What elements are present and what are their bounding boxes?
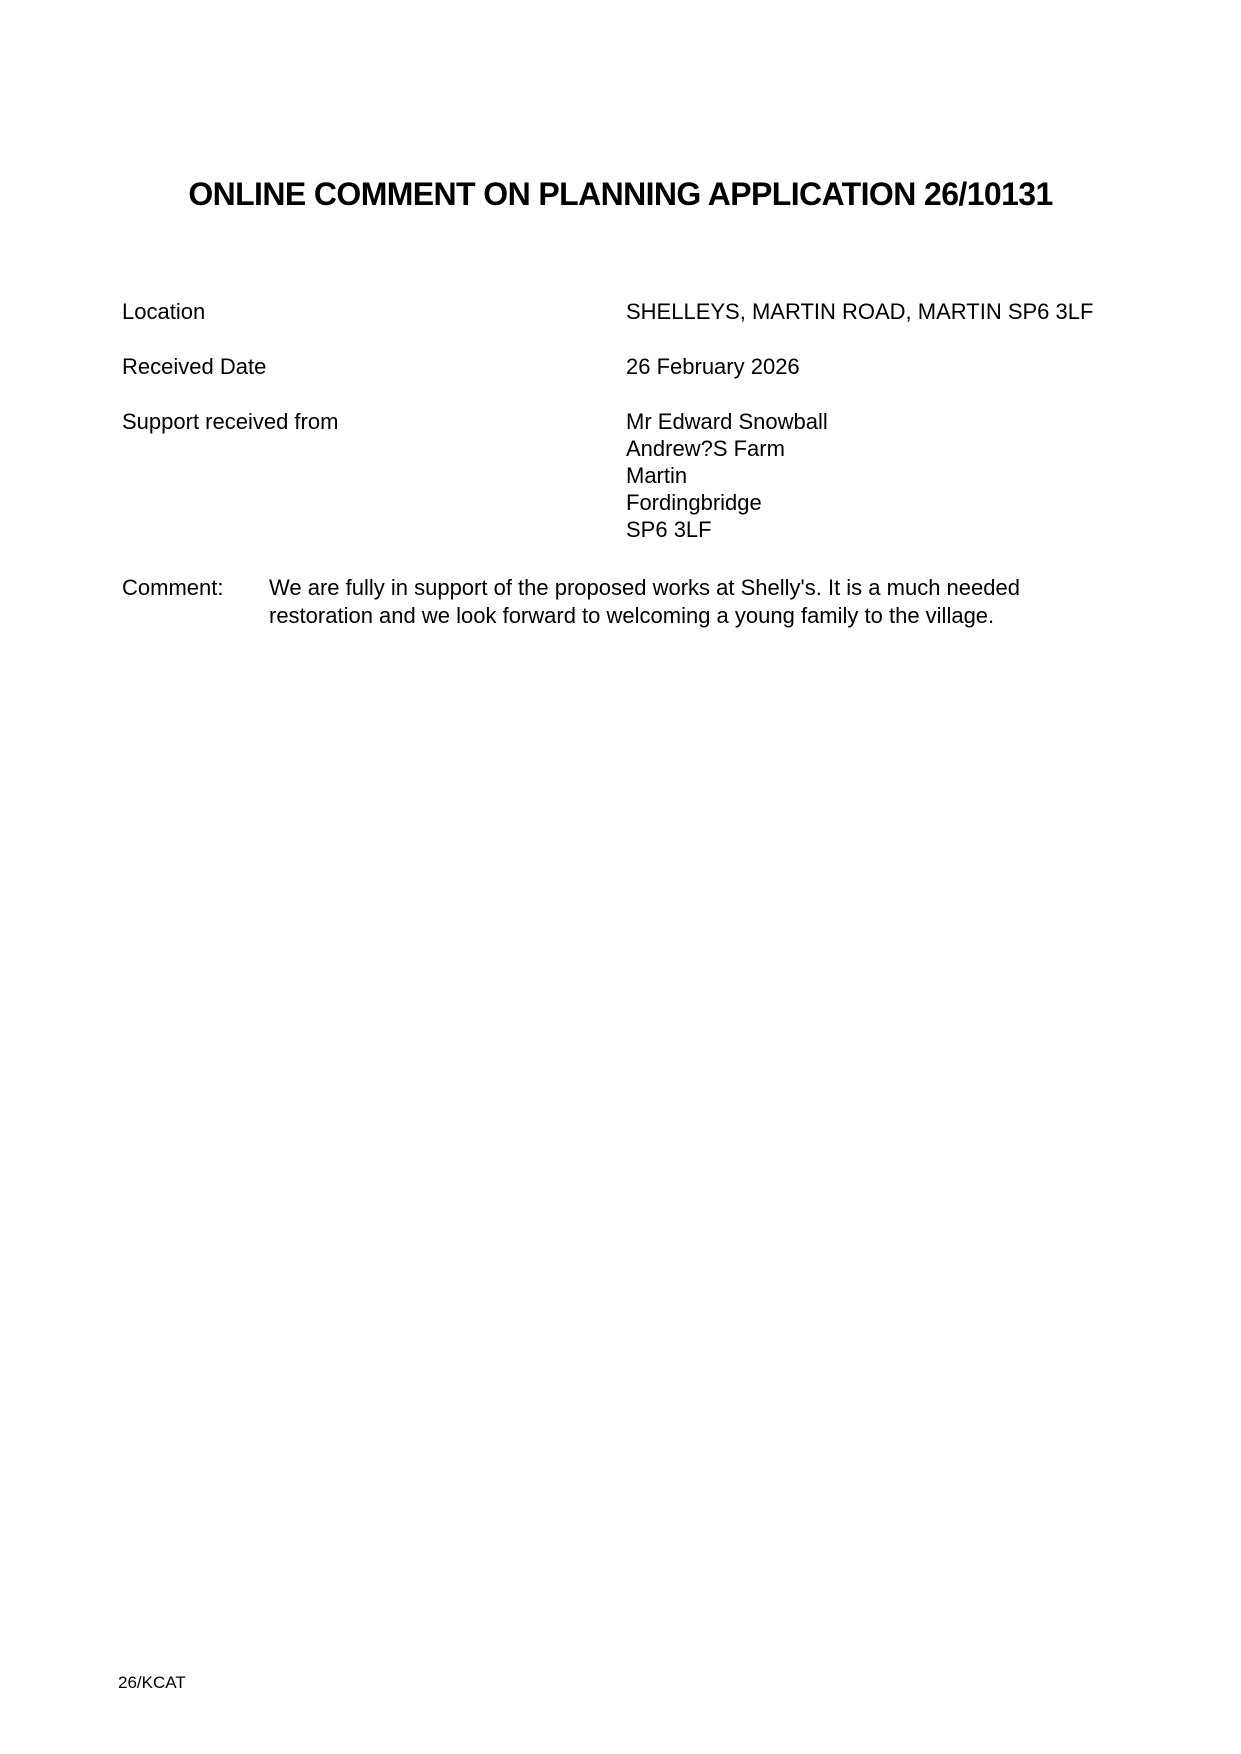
supporter-postcode: SP6 3LF: [626, 516, 828, 543]
support-from-label: Support received from: [122, 408, 338, 435]
received-date-value: 26 February 2026: [626, 353, 800, 380]
footer-reference: 26/KCAT: [118, 1673, 186, 1693]
location-value: SHELLEYS, MARTIN ROAD, MARTIN SP6 3LF: [626, 298, 1093, 325]
supporter-address-line: Martin: [626, 462, 828, 489]
comment-text: We are fully in support of the proposed …: [269, 574, 1119, 630]
received-date-label: Received Date: [122, 353, 266, 380]
location-label: Location: [122, 298, 205, 325]
supporter-address-line: Andrew?S Farm: [626, 435, 828, 462]
supporter-address-line: Fordingbridge: [626, 489, 828, 516]
page-title: ONLINE COMMENT ON PLANNING APPLICATION 2…: [0, 176, 1241, 213]
comment-label: Comment:: [122, 574, 223, 602]
supporter-address: Mr Edward Snowball Andrew?S Farm Martin …: [626, 408, 828, 543]
supporter-name: Mr Edward Snowball: [626, 408, 828, 435]
